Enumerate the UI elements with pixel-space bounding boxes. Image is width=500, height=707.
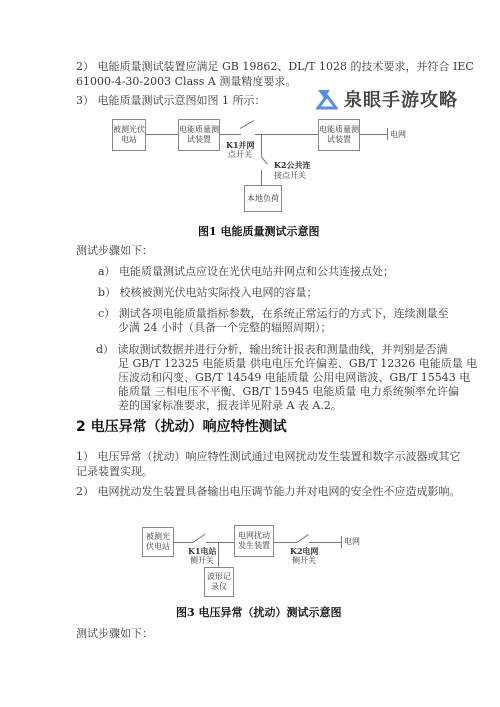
step-d-line-5: 差的国家标准要求，报表详见附录 A 表 A.2。	[118, 399, 342, 413]
step-d-line-1: d） 读取测试数据并进行分析，输出统计报表和测量曲线，并判别是否满	[96, 343, 448, 357]
section-2-item-2: 2） 电网扰动发生装置具备输出电压调节能力并对电网的安全性不应造成影响。	[76, 485, 461, 499]
section-2-heading: 2 电压异常（扰动）响应特性测试	[76, 420, 287, 434]
step-d-line-3: 压波动和闪变、GB/T 14549 电能质量 公用电网谐波、GB/T 15543…	[118, 371, 470, 385]
wire	[309, 542, 341, 543]
section-2-item-1-line-2: 记录装置实现。	[76, 465, 153, 479]
item-2-line-1: 2） 电能质量测试装置应满足 GB 19862、DL/T 1028 的技术要求，…	[76, 60, 474, 74]
step-d-line-4: 能质量 三相电压不平衡、GB/T 15945 电能质量 电力系统频率允许偏	[118, 385, 459, 399]
k2-switch-icon	[261, 156, 268, 164]
local-load-box: 本地负荷	[244, 185, 282, 212]
wire	[219, 134, 241, 135]
k1-label-1: K1电站	[188, 546, 217, 556]
k1-switch-icon	[193, 533, 206, 542]
step-c-line-2: 少满 24 小时（具备一个完整的辐照周期）；	[118, 321, 332, 335]
wire	[255, 134, 318, 135]
pq-device-1-box: 电能质量测试装置	[178, 119, 220, 151]
k1-switch-icon	[240, 120, 254, 129]
k2-label-2: 接点开关	[274, 171, 306, 181]
watermark-text: 泉眼手游攻略	[344, 86, 458, 112]
k2-label-2: 侧开关	[292, 556, 316, 566]
k1-label-2: 点开关	[228, 150, 252, 160]
k1-label-2: 侧开关	[190, 556, 214, 566]
steps-2-intro: 测试步骤如下：	[76, 627, 153, 641]
wire	[218, 542, 219, 567]
step-a: a） 电能质量测试点应设在光伏电站并网点和公共连接点处；	[98, 265, 394, 279]
k2-switch-icon	[297, 534, 309, 543]
wire	[261, 170, 262, 185]
grid-label: 电网	[344, 537, 360, 547]
wire	[173, 542, 193, 543]
wire	[206, 542, 234, 543]
section-2-item-1-line-1: 1） 电压异常（扰动）响应特性测试通过电网扰动发生装置和数字示波器或其它	[76, 450, 461, 464]
grid-bus-icon	[341, 536, 342, 548]
triangle-logo-icon	[316, 88, 338, 110]
pq-device-2-box: 电能质量测试装置	[318, 119, 360, 151]
disturbance-device-box: 电网扰动发生装置	[234, 525, 274, 557]
figure-3-caption: 图3 电压异常（扰动）测试示意图	[176, 606, 341, 620]
k1-label-1: K1并网	[226, 140, 255, 150]
figure-1-caption: 图1 电能质量测试示意图	[198, 225, 319, 239]
recorder-box: 波形记录仪	[204, 567, 234, 597]
step-b: b） 校核被测光伏电站实际投入电网的容量；	[98, 286, 318, 300]
step-c-line-1: c） 测试各项电能质量指标参数，在系统正常运行的方式下，连续测量至	[98, 307, 449, 321]
pv-station-box: 被测光伏电站	[142, 527, 174, 557]
step-d-line-2: 足 GB/T 12325 电能质量 供电电压允许偏差、GB/T 12326 电能…	[118, 357, 477, 371]
wire	[273, 542, 297, 543]
wire	[359, 134, 387, 135]
k2-label-1: K2公共连	[274, 160, 311, 170]
grid-bus-icon	[387, 128, 388, 140]
watermark: 泉眼手游攻略	[316, 86, 458, 112]
item-2-line-2: 61000-4-30-2003 Class A 测量精度要求。	[76, 75, 296, 89]
item-3: 3） 电能质量测试示意图如图 1 所示：	[76, 94, 266, 108]
pv-station-box: 被测光伏电站	[112, 119, 146, 151]
wire	[261, 134, 262, 156]
grid-label: 电网	[390, 130, 406, 140]
k2-label-1: K2电网	[290, 546, 319, 556]
steps-intro: 测试步骤如下：	[76, 244, 153, 258]
wire	[145, 134, 178, 135]
